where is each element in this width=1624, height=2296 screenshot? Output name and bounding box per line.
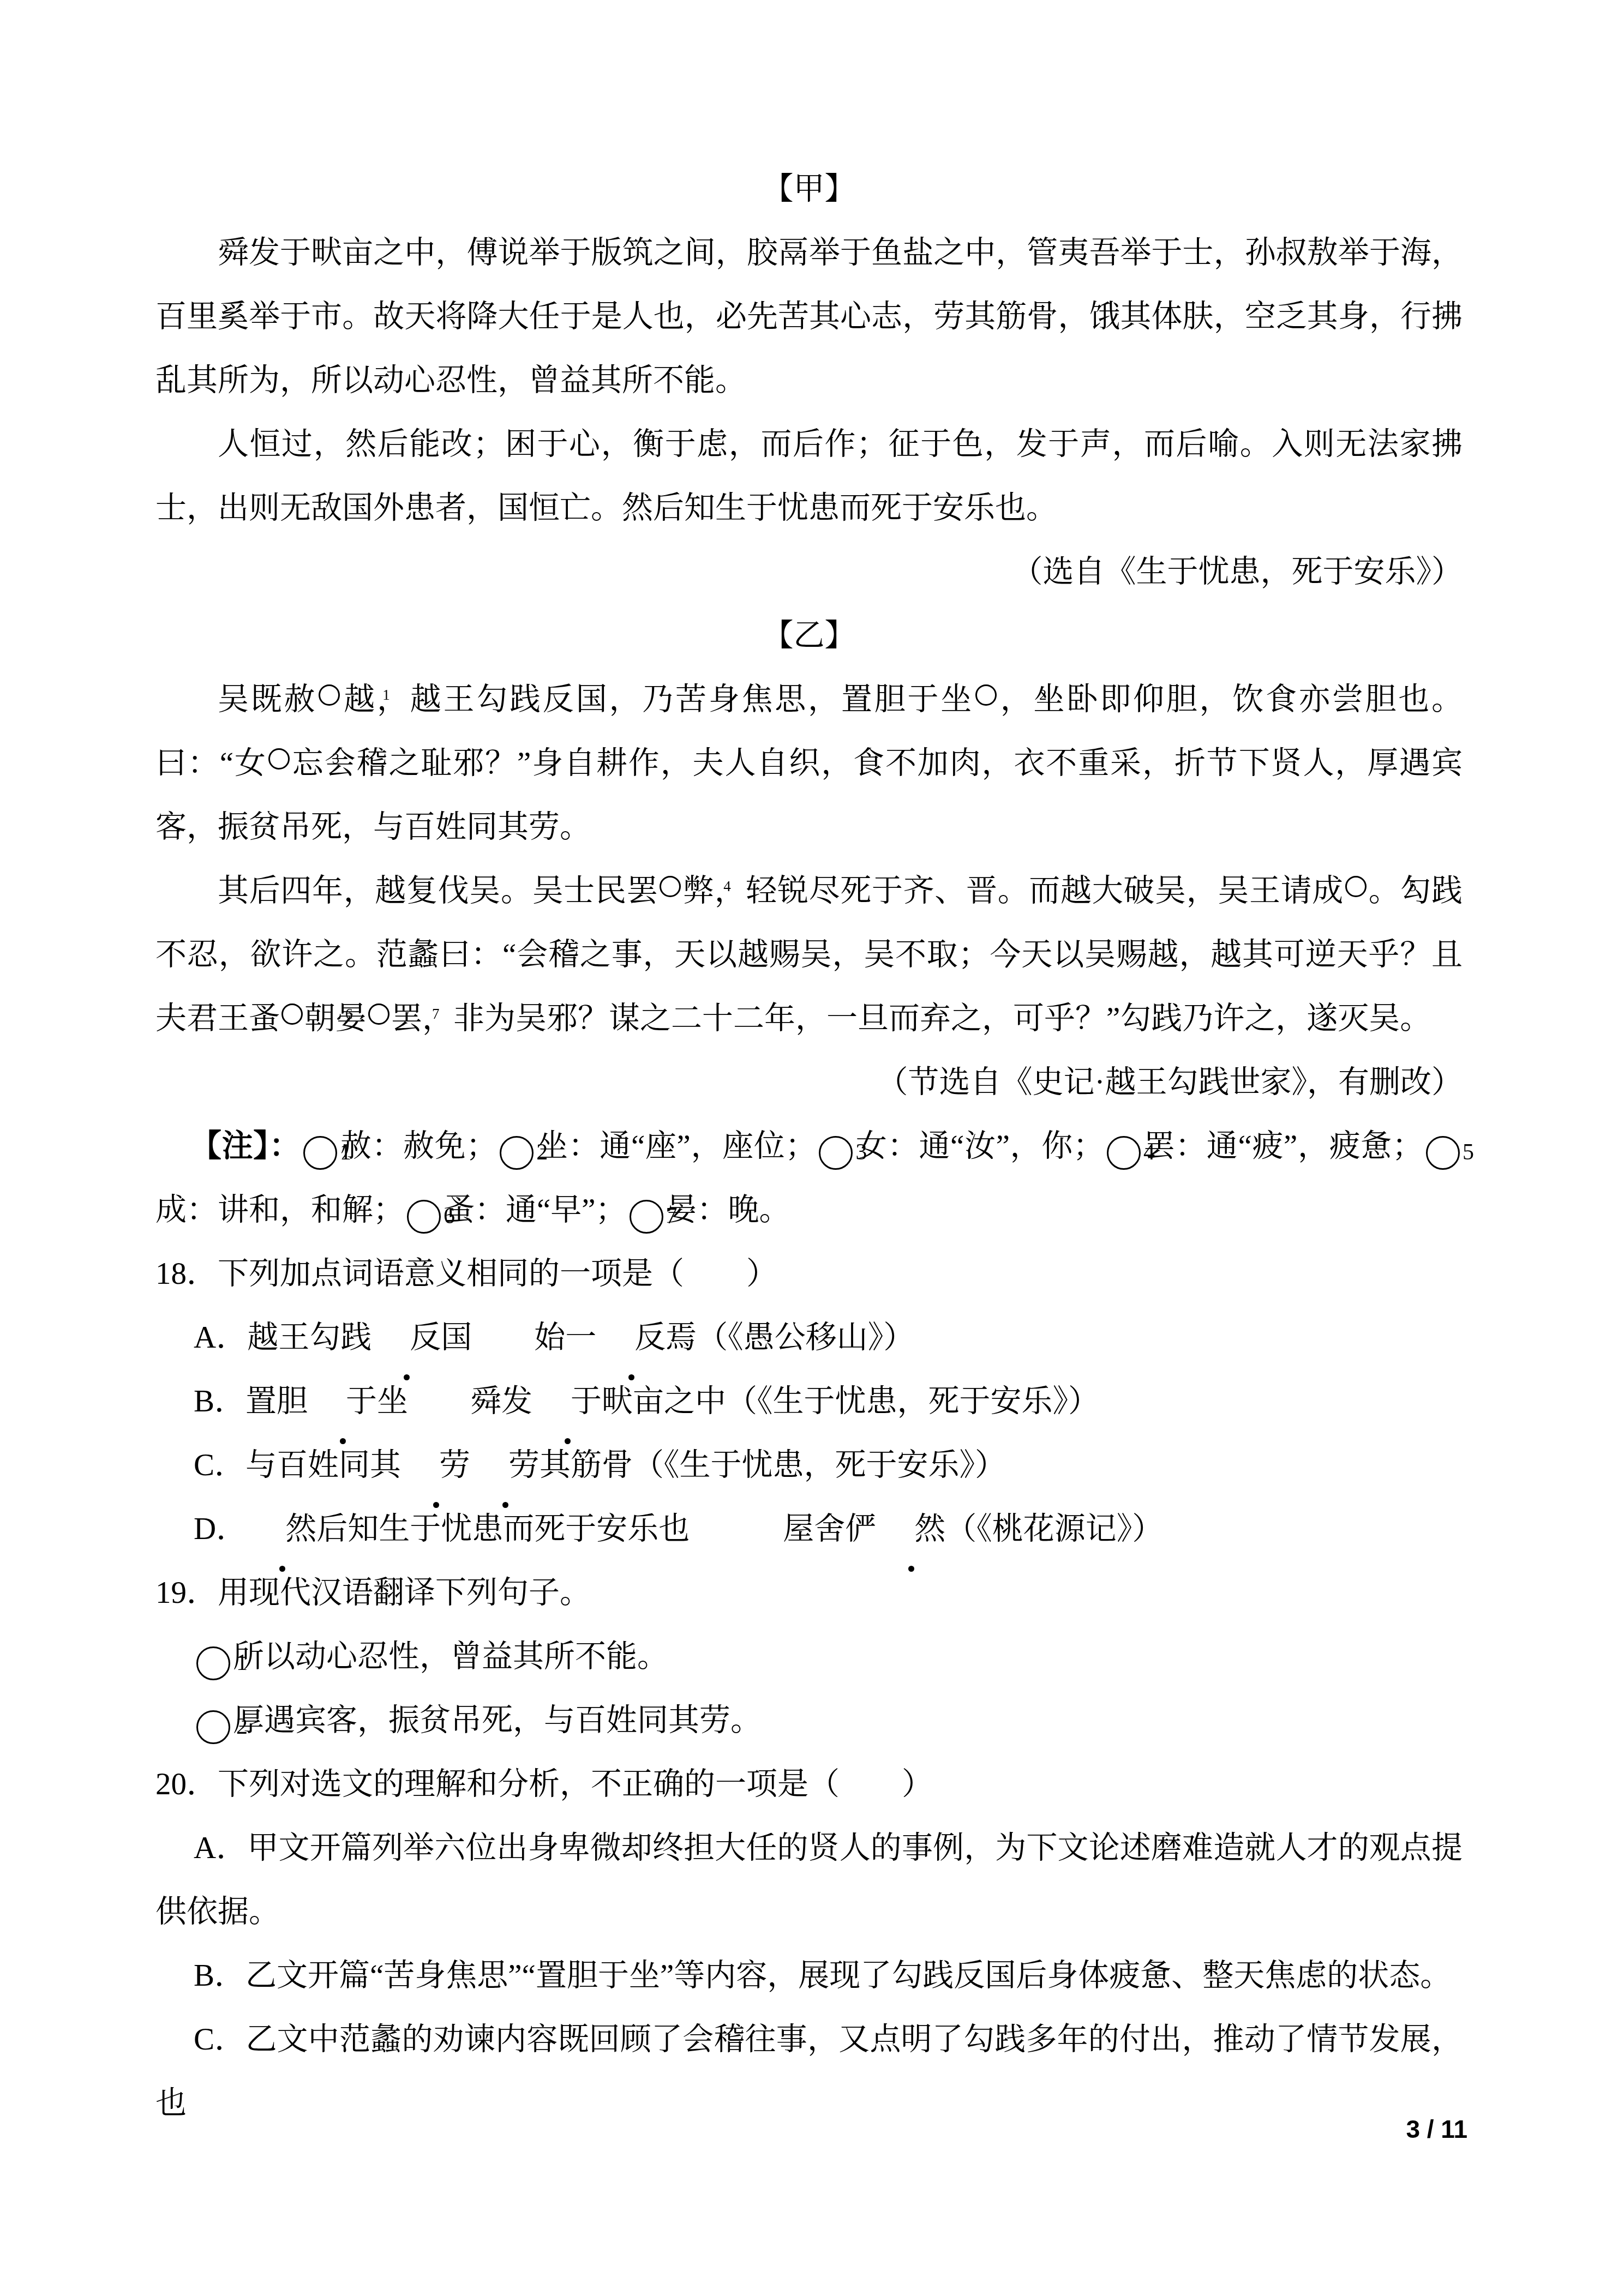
spacer-gap [408, 1411, 470, 1411]
question-20-option-b: B．乙文开篇“苦身焦思”“置胆于坐”等内容，展现了勾践反国后身体疲惫、整天焦虑的… [155, 1944, 1463, 2008]
question-19-item-1: 1所以动心忍性，曾益其所不能。 [155, 1625, 1463, 1688]
superscript-circled-number: 3 [268, 748, 290, 770]
emphasized-text: 反 [371, 1320, 441, 1355]
text-run: 其后四年，越复伐吴。吴士民罢 [218, 874, 658, 908]
text-run: 越，越王勾践反国，乃苦身焦思，置胆于坐 [341, 682, 974, 717]
text-run: 朝晏 [304, 1001, 367, 1036]
text-run: 忘会稽之耻邪？”身自耕作，夫人自织，食不加肉，衣不重采，折节下贤人，厚遇宾客，振… [155, 746, 1463, 844]
text-run: （《桃花源记》） [945, 1512, 1163, 1546]
text-run: C．与百姓同其 [194, 1448, 401, 1482]
emphasis-dot-char: 反 [371, 1306, 441, 1369]
superscript-circled-number: 7 [368, 1003, 389, 1025]
text-run: 舜发 [470, 1384, 532, 1419]
text-run: 始一 [534, 1320, 596, 1355]
question-20-stem: 20．下列对选文的理解和分析，不正确的一项是（ ） [155, 1752, 1463, 1816]
superscript-circled-number: 5 [1345, 876, 1367, 897]
question-19-stem: 19．用现代汉语翻译下列句子。 [155, 1561, 1463, 1625]
superscript-circled-number: 2 [975, 684, 997, 706]
section-jia-title: 【甲】 [155, 157, 1463, 221]
emphasis-dot-char: 然 [876, 1497, 945, 1561]
emphasis-dot-char: 劳 [470, 1433, 540, 1497]
superscript-circled-number: 1 [319, 684, 340, 706]
text-run: 屋舍俨 [783, 1512, 876, 1546]
text-run: 坐 [377, 1384, 408, 1419]
text-run: 罢，非为吴邪？谋之二十二年，一旦而弃之，可乎？”勾践乃许之，遂灭吴。 [391, 1001, 1431, 1036]
text-run: 蚤：通“早”； [444, 1193, 627, 1227]
text-run: 所以动心忍性，曾益其所不能。 [233, 1639, 668, 1674]
circled-number: 6 [407, 1200, 441, 1234]
text-run: 坐：通“座”，座位； [536, 1129, 816, 1163]
section-yi-title: 【乙】 [155, 604, 1463, 668]
emphasis-dot-char: 于 [308, 1369, 377, 1433]
text-run: D． [194, 1512, 247, 1546]
question-18-stem: 18．下列加点词语意义相同的一项是（ ） [155, 1242, 1463, 1306]
text-run: 吴既赦 [218, 682, 317, 717]
text-run: 成：讲和，和解； [155, 1193, 404, 1227]
text-run: 弊，轻锐尽死于齐、晋。而越大破吴，吴王请成 [682, 874, 1344, 908]
text-run: B．置胆 [194, 1384, 308, 1419]
spacer-gap [472, 1347, 534, 1348]
text-run: 厚遇宾客，振贫吊死，与百姓同其劳。 [233, 1703, 762, 1738]
text-run: 女：通“汝”，你； [855, 1129, 1104, 1163]
emphasized-text: 然 [876, 1512, 945, 1546]
text-run: 其筋骨（《生于忧患，死于安乐》） [540, 1448, 1006, 1482]
text-run: 晏：晚。 [666, 1193, 790, 1227]
document-page: 【甲】 舜发于畎亩之中，傅说举于版筑之间，胶鬲举于鱼盐之中，管夷吾举于士，孙叔敖… [0, 0, 1624, 2135]
question-18-option-d: D．然后知生于忧患而死于安乐也屋舍俨然（《桃花源记》） [155, 1497, 1463, 1561]
circled-number: 4 [1107, 1136, 1141, 1170]
emphasized-text: 反 [596, 1320, 666, 1355]
emphasized-text: 劳劳 [401, 1448, 540, 1482]
text-run: 国 [441, 1320, 472, 1355]
emphasized-text: 于 [532, 1384, 602, 1419]
circled-number: 5 [1426, 1136, 1460, 1170]
yi-source-citation: （节选自《史记·越王勾践世家》，有删改） [155, 1050, 1463, 1114]
jia-paragraph-2: 人恒过，然后能改；困于心，衡于虑，而后作；征于色，发于声，而后喻。入则无法家拂士… [155, 412, 1463, 540]
jia-source-citation: （选自《生于忧患，死于安乐》） [155, 540, 1463, 604]
text-run: A．越王勾践 [194, 1320, 371, 1355]
circled-number: 3 [819, 1136, 853, 1170]
circled-number: 1 [196, 1646, 230, 1680]
question-19-item-2: 2厚遇宾客，振贫吊死，与百姓同其劳。 [155, 1688, 1463, 1752]
superscript-circled-number: 4 [660, 876, 681, 897]
emphasized-text: 然 [247, 1512, 316, 1546]
question-20-option-a: A．甲文开篇列举六位出身卑微却终担大任的贤人的事例，为下文论述磨难造就人才的观点… [155, 1816, 1463, 1944]
emphasis-dot-char: 于 [532, 1369, 602, 1433]
circled-number: 1 [303, 1136, 337, 1170]
question-18-option-b: B．置胆于坐舜发于畎亩之中（《生于忧患，死于安乐》） [155, 1369, 1463, 1433]
question-18-option-a: A．越王勾践反国始一反焉（《愚公移山》） [155, 1306, 1463, 1369]
yi-paragraph-1: 吴既赦1越，越王勾践反国，乃苦身焦思，置胆于坐2，坐卧即仰胆，饮食亦尝胆也。曰：… [155, 668, 1463, 859]
spacer-gap [690, 1538, 783, 1539]
bold-text-run: 【注】： [190, 1129, 301, 1163]
yi-paragraph-2: 其后四年，越复伐吴。吴士民罢4弊，轻锐尽死于齐、晋。而越大破吴，吴王请成5。勾践… [155, 859, 1463, 1050]
emphasis-dot-char: 然 [247, 1497, 316, 1561]
emphasized-text: 于 [308, 1384, 377, 1419]
text-run: 后知生于忧患而死于安乐也 [316, 1512, 690, 1546]
question-20-option-c: C．乙文中范蠡的劝谏内容既回顾了会稽往事，又点明了勾践多年的付出，推动了情节发展… [155, 2008, 1463, 2135]
text-run: 焉（《愚公移山》） [666, 1320, 914, 1355]
text-run: 赦：赦免； [340, 1129, 497, 1163]
jia-paragraph-1: 舜发于畎亩之中，傅说举于版筑之间，胶鬲举于鱼盐之中，管夷吾举于士，孙叔敖举于海，… [155, 221, 1463, 412]
circled-number: 2 [196, 1710, 230, 1744]
annotations: 【注】：1赦：赦免；2坐：通“座”，座位；3女：通“汝”，你；4罢：通“疲”，疲… [155, 1114, 1463, 1242]
superscript-circled-number: 6 [281, 1003, 303, 1025]
emphasis-dot-char: 反 [596, 1306, 666, 1369]
text-run: 畎亩之中（《生于忧患，死于安乐》） [602, 1384, 1099, 1419]
question-18-option-c: C．与百姓同其劳劳其筋骨（《生于忧患，死于安乐》） [155, 1433, 1463, 1497]
emphasis-dot-char: 劳 [401, 1433, 470, 1497]
page-number: 3 / 11 [1406, 2115, 1467, 2143]
text-run: 罢：通“疲”，疲惫； [1143, 1129, 1423, 1163]
circled-number: 7 [630, 1200, 663, 1234]
circled-number: 2 [500, 1136, 534, 1170]
